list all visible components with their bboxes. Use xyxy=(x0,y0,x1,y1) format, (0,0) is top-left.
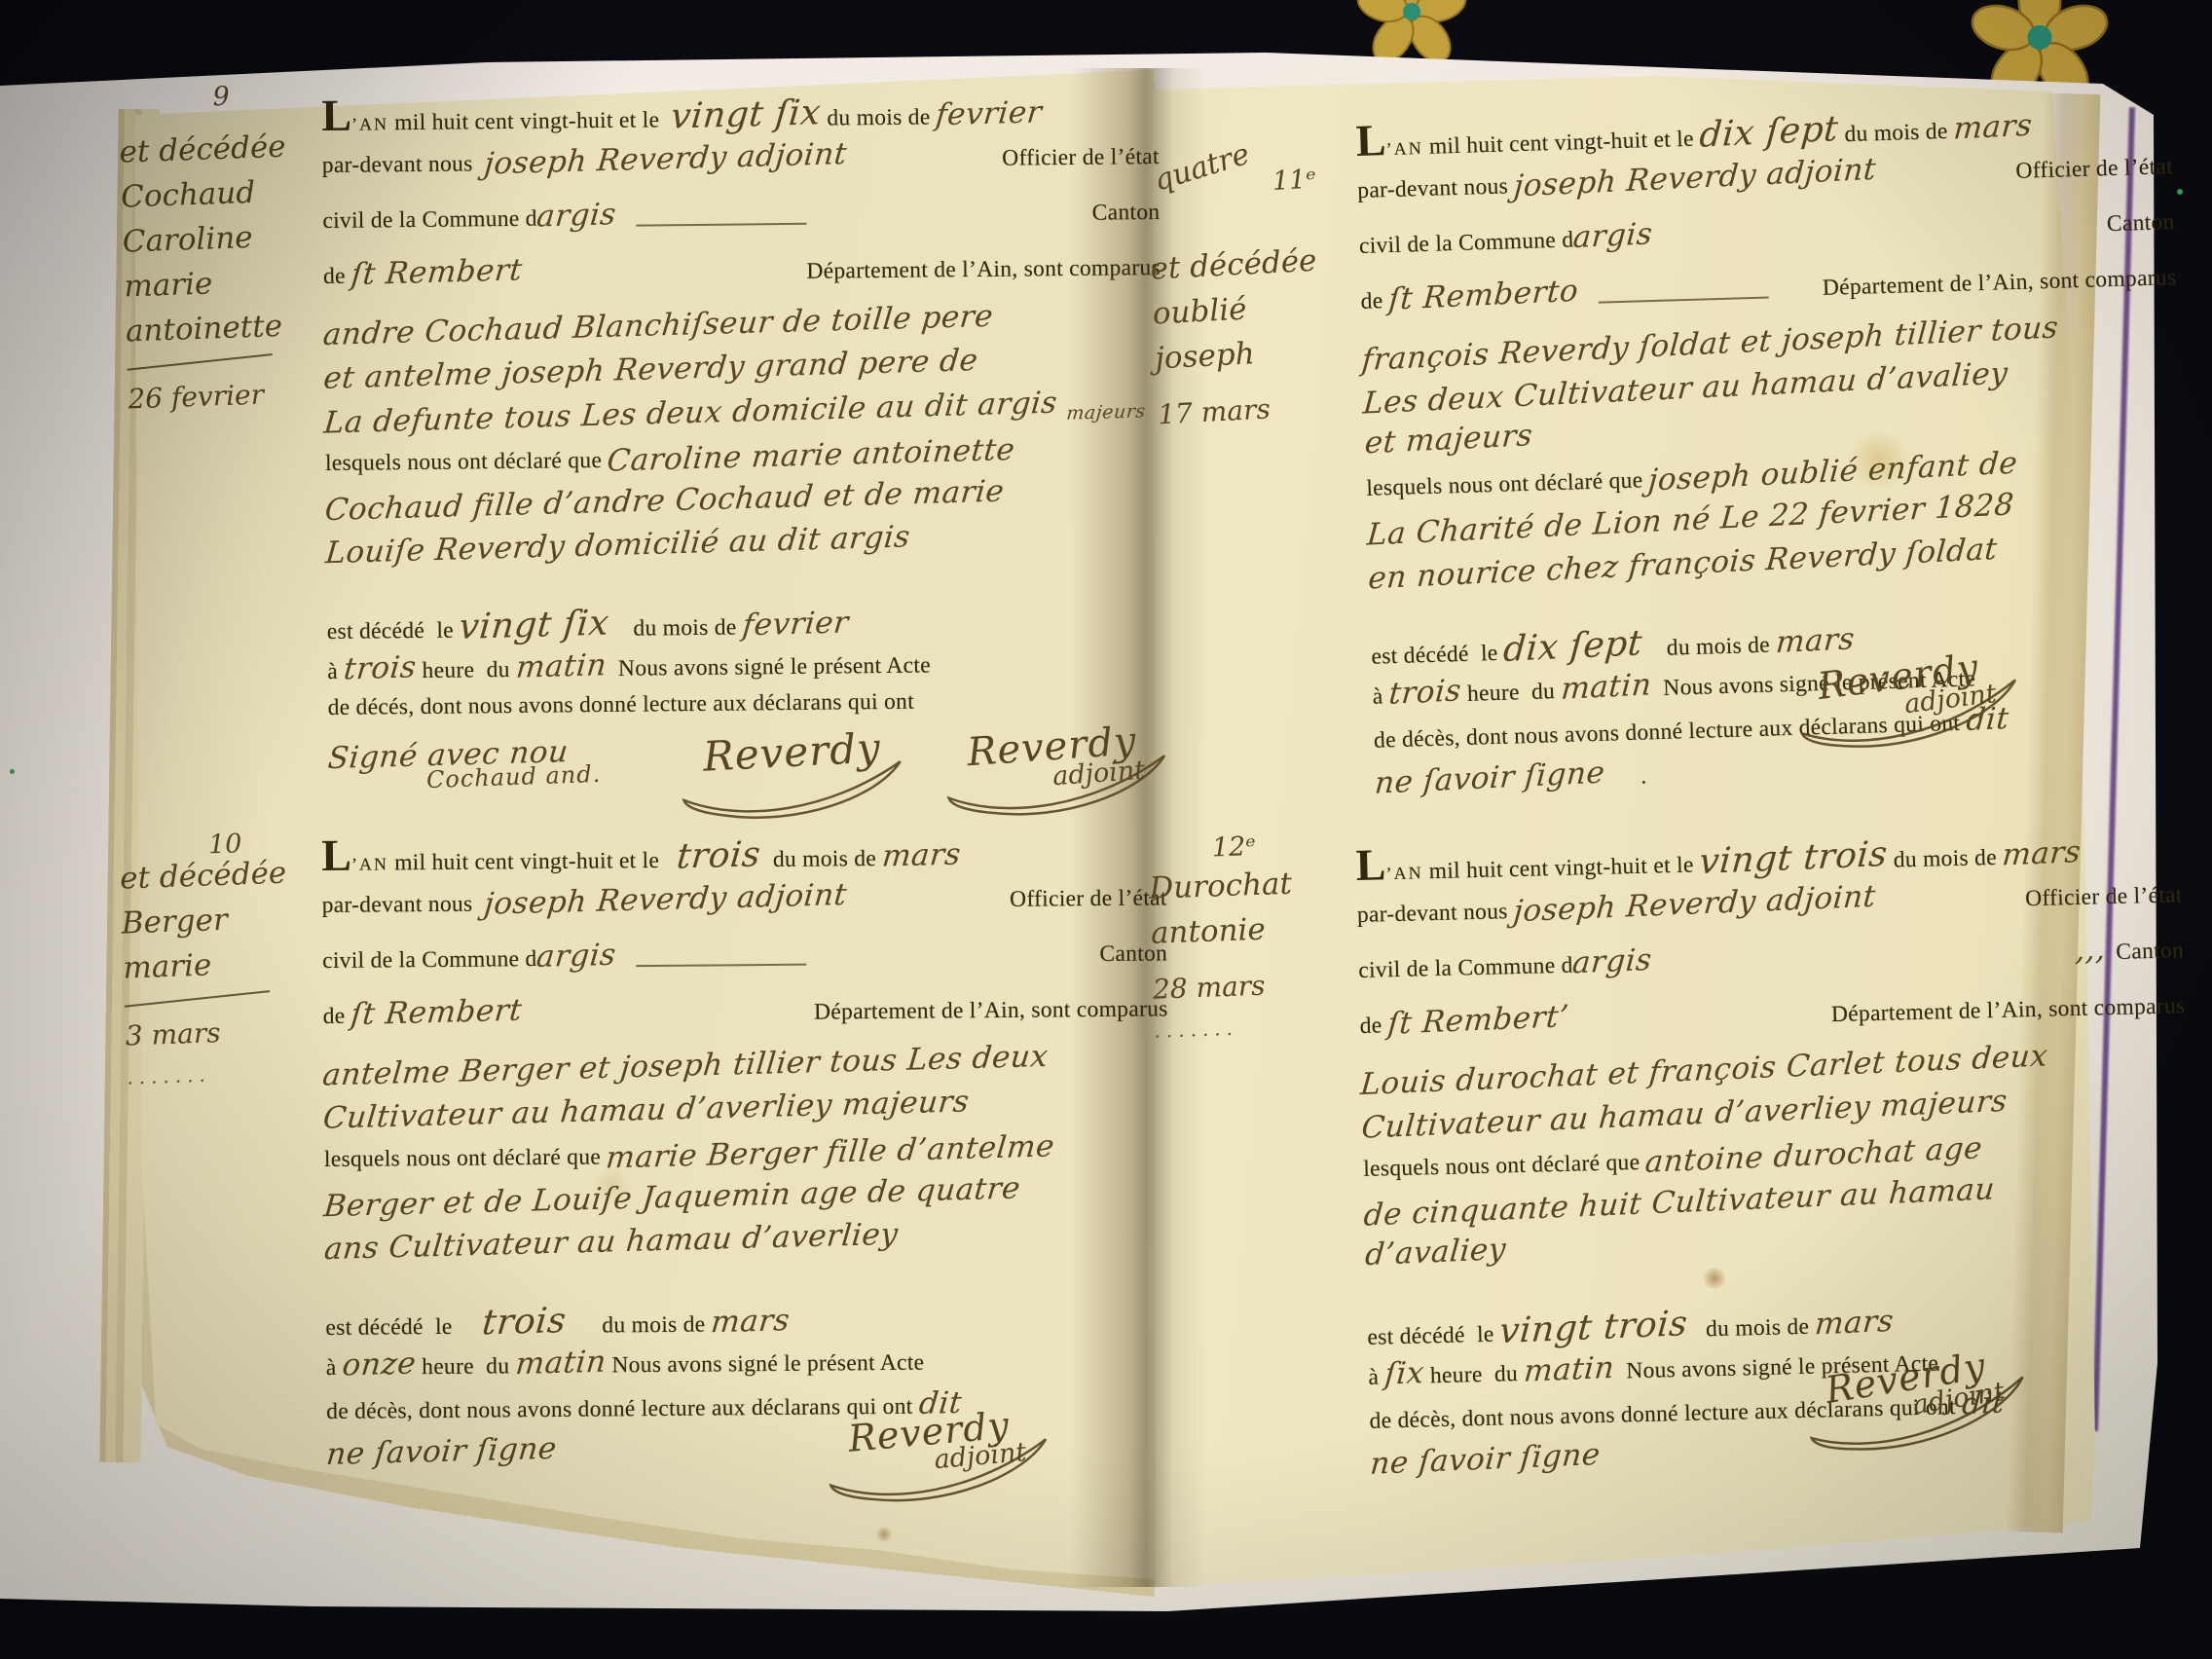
text-segment: ſt Rembert’ xyxy=(1386,999,1570,1042)
text-segment: heure du xyxy=(1423,1361,1524,1389)
text-segment: Canton xyxy=(2116,938,2184,966)
text-segment: est décédé le xyxy=(1367,1322,1500,1351)
text-segment: Département de l’Ain, sont comparus xyxy=(1831,993,2186,1028)
text-segment: du mois de xyxy=(1687,1314,1815,1344)
text-segment: ne ſavoir ſigne xyxy=(1369,1437,1602,1482)
text-segment: d’avaliey xyxy=(1364,1232,1507,1272)
text-segment: ſix xyxy=(1383,1355,1425,1392)
spacer xyxy=(1876,905,2026,909)
text-segment: mars xyxy=(2001,834,2083,872)
margin-note-line: antonie xyxy=(1150,903,1360,955)
text-segment: lesquels nous ont déclaré que xyxy=(1363,1150,1646,1183)
act-number: 12ᵉ xyxy=(1211,831,1256,864)
spacer xyxy=(1652,960,2076,971)
text-segment: L xyxy=(1355,838,1386,891)
text-segment: par-devant nous xyxy=(1357,899,1515,929)
text-segment: à xyxy=(1368,1364,1385,1390)
act-body: L’AN mil huit cent vingt-huit et le ving… xyxy=(1355,819,2196,1489)
text-segment: ,,, xyxy=(2074,932,2117,969)
margin-dots: ······· xyxy=(1154,1017,1364,1048)
text-segment: civil de la Commune d xyxy=(1358,953,1573,984)
act-margin: 12ᵉDurochatantonie28 mars······· xyxy=(1147,816,1364,1048)
text-segment: matin xyxy=(1523,1350,1616,1389)
text-segment: mil huit cent vingt-huit et le xyxy=(1422,852,1700,885)
text-segment: Officier de l’état xyxy=(2025,882,2183,912)
text-segment: vingt trois xyxy=(1498,1304,1689,1351)
text-segment: ’AN xyxy=(1385,863,1423,884)
death-act-12: 12ᵉDurochatantonie28 mars·······L’AN mil… xyxy=(0,0,2212,1659)
text-segment: vingt trois xyxy=(1698,834,1889,882)
spacer xyxy=(1568,1021,1831,1028)
text-segment: argis xyxy=(1571,942,1653,980)
margin-note-line: Durochat xyxy=(1149,859,1359,910)
text-segment: du mois de xyxy=(1887,845,2003,874)
text-segment: de xyxy=(1359,1013,1388,1040)
text-segment: mars xyxy=(1814,1304,1896,1342)
margin-date: 28 mars xyxy=(1152,966,1362,1005)
register-photo: 9et décédéeCochaudCarolinemarieantoinett… xyxy=(0,0,2212,1659)
